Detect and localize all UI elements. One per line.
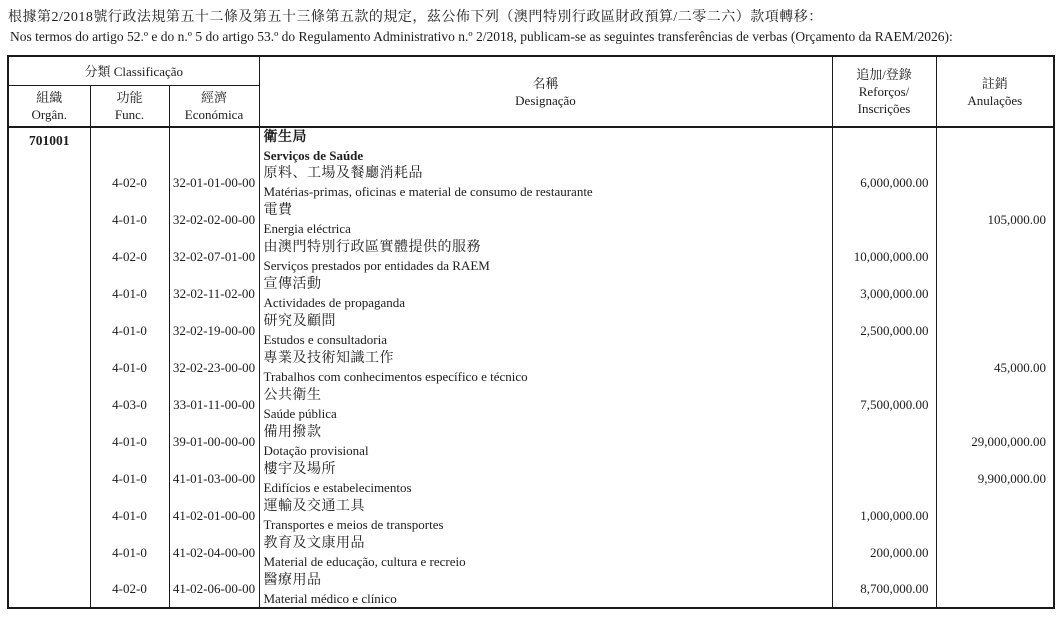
reforcos-amount: 8,700,000.00 (832, 571, 936, 608)
designation-cell: 醫療用品Material médico e clínico (259, 571, 832, 608)
header-org-zh: 組織 (11, 89, 88, 106)
economic-code: 41-02-06-00-00 (169, 571, 259, 608)
economic-code: 32-01-01-00-00 (169, 164, 259, 201)
table-row: 4-02-041-02-06-00-00醫療用品Material médico … (8, 571, 1054, 608)
functional-code: 4-01-0 (90, 423, 169, 460)
economic-code: 32-02-19-00-00 (169, 312, 259, 349)
designation-pt: Energia eléctrica (264, 220, 832, 237)
designation-zh: 由澳門特別行政區實體提供的服務 (264, 239, 832, 257)
designation-pt: Dotação provisional (264, 442, 832, 459)
designation-zh: 備用撥款 (264, 424, 832, 442)
reforcos-amount: 7,500,000.00 (832, 386, 936, 423)
economic-code: 41-02-01-00-00 (169, 497, 259, 534)
designation-zh: 電費 (264, 202, 832, 220)
economic-code: 32-02-11-02-00 (169, 275, 259, 312)
intro-line-portuguese: Nos termos do artigo 52.º e do n.º 5 do … (10, 29, 953, 45)
table-row: 4-02-032-02-07-01-00由澳門特別行政區實體提供的服務Servi… (8, 238, 1054, 275)
economic-code: 32-02-07-01-00 (169, 238, 259, 275)
reforcos-amount (832, 423, 936, 460)
designation-pt: Transportes e meios de transportes (264, 516, 832, 533)
designation-pt: Serviços prestados por entidades da RAEM (264, 257, 832, 274)
functional-code: 4-01-0 (90, 312, 169, 349)
table-row: 4-01-032-02-11-02-00宣傳活動Actividades de p… (8, 275, 1054, 312)
table-row: 4-01-032-02-19-00-00研究及顧問Estudos e consu… (8, 312, 1054, 349)
designation-zh: 醫療用品 (264, 572, 832, 590)
functional-code: 4-02-0 (90, 238, 169, 275)
header-econ-zh: 經濟 (172, 89, 257, 106)
designation-pt: Actividades de propaganda (264, 294, 832, 311)
designation-pt: Material de educação, cultura e recreio (264, 553, 832, 570)
anulacoes-amount: 105,000.00 (936, 201, 1054, 238)
anulacoes-amount (936, 164, 1054, 201)
designation-cell: 研究及顧問Estudos e consultadoria (259, 312, 832, 349)
table-body: 701001 衛生局 Serviços de Saúde 4-02-032-01… (8, 127, 1054, 608)
designation-pt: Material médico e clínico (264, 590, 832, 607)
designation-cell: 由澳門特別行政區實體提供的服務Serviços prestados por en… (259, 238, 832, 275)
anulacoes-amount (936, 386, 1054, 423)
header-org-pt: Orgân. (11, 106, 88, 123)
header-econ: 經濟 Económica (169, 86, 259, 128)
designation-pt: Estudos e consultadoria (264, 331, 832, 348)
table-row: 4-02-032-01-01-00-00原料、工場及餐廳消耗品Matérias-… (8, 164, 1054, 201)
designation-zh: 公共衛生 (264, 387, 832, 405)
designation-zh: 專業及技術知識工作 (264, 350, 832, 368)
reforcos-amount: 1,000,000.00 (832, 497, 936, 534)
designation-cell: 備用撥款Dotação provisional (259, 423, 832, 460)
header-anulacoes-zh: 註銷 (939, 75, 1052, 92)
designation-zh: 樓宇及場所 (264, 461, 832, 479)
anulacoes-amount (936, 238, 1054, 275)
designation-zh: 宣傳活動 (264, 276, 832, 294)
designation-cell: 樓宇及場所Edifícios e estabelecimentos (259, 460, 832, 497)
anulacoes-amount (936, 312, 1054, 349)
intro-line-chinese: 根據第2/2018號行政法規第五十二條及第五十三條第五款的規定，茲公佈下列（澳門… (8, 6, 823, 26)
designation-cell: 電費Energia eléctrica (259, 201, 832, 238)
anulacoes-amount (936, 571, 1054, 608)
economic-code: 32-02-02-00-00 (169, 201, 259, 238)
anulacoes-amount: 29,000,000.00 (936, 423, 1054, 460)
header-reforcos-zh: 追加/登錄 (835, 66, 934, 83)
functional-code: 4-01-0 (90, 275, 169, 312)
anulacoes-amount: 9,900,000.00 (936, 460, 1054, 497)
header-func-pt: Func. (93, 106, 167, 123)
reforcos-amount (832, 349, 936, 386)
economic-code: 41-02-04-00-00 (169, 534, 259, 571)
designation-zh: 運輸及交通工具 (264, 498, 832, 516)
table-row: 4-01-032-02-02-00-00電費Energia eléctrica1… (8, 201, 1054, 238)
table-row: 4-01-041-02-04-00-00教育及文康用品Material de e… (8, 534, 1054, 571)
header-designation-pt: Designação (262, 92, 830, 109)
economic-code: 32-02-23-00-00 (169, 349, 259, 386)
designation-cell: 宣傳活動Actividades de propaganda (259, 275, 832, 312)
table-row: 4-01-041-02-01-00-00運輸及交通工具Transportes e… (8, 497, 1054, 534)
functional-code: 4-01-0 (90, 534, 169, 571)
reforcos-amount (832, 460, 936, 497)
organization-row: 701001 衛生局 Serviços de Saúde (8, 127, 1054, 164)
reforcos-amount: 6,000,000.00 (832, 164, 936, 201)
functional-code: 4-01-0 (90, 460, 169, 497)
functional-code: 4-03-0 (90, 386, 169, 423)
table-row: 4-01-032-02-23-00-00專業及技術知識工作Trabalhos c… (8, 349, 1054, 386)
organization-code: 701001 (8, 127, 90, 164)
designation-pt: Edifícios e estabelecimentos (264, 479, 832, 496)
anulacoes-amount: 45,000.00 (936, 349, 1054, 386)
functional-code: 4-02-0 (90, 164, 169, 201)
designation-cell: 公共衛生Saúde pública (259, 386, 832, 423)
table-row: 4-03-033-01-11-00-00公共衛生Saúde pública7,5… (8, 386, 1054, 423)
designation-pt: Trabalhos com conhecimentos específico e… (264, 368, 832, 385)
designation-pt: Saúde pública (264, 405, 832, 422)
reforcos-amount: 10,000,000.00 (832, 238, 936, 275)
economic-code: 39-01-00-00-00 (169, 423, 259, 460)
header-designation-zh: 名稱 (262, 75, 830, 92)
anulacoes-amount (936, 534, 1054, 571)
header-anulacoes-pt: Anulações (939, 92, 1052, 109)
functional-code: 4-02-0 (90, 571, 169, 608)
header-func-zh: 功能 (93, 89, 167, 106)
header-reforcos-pt2: Inscrições (835, 100, 934, 117)
designation-cell: 專業及技術知識工作Trabalhos com conhecimentos esp… (259, 349, 832, 386)
header-func: 功能 Func. (90, 86, 169, 128)
header-reforcos: 追加/登錄 Reforços/ Inscrições (832, 56, 936, 127)
designation-pt: Matérias-primas, oficinas e material de … (264, 183, 832, 200)
header-reforcos-pt1: Reforços/ (835, 83, 934, 100)
table-row: 4-01-039-01-00-00-00備用撥款Dotação provisio… (8, 423, 1054, 460)
header-anulacoes: 註銷 Anulações (936, 56, 1054, 127)
header-designation: 名稱 Designação (259, 56, 832, 127)
designation-zh: 研究及顧問 (264, 313, 832, 331)
table-header: 分類 Classificação 名稱 Designação 追加/登錄 Ref… (8, 56, 1054, 127)
economic-code: 41-01-03-00-00 (169, 460, 259, 497)
reforcos-amount: 200,000.00 (832, 534, 936, 571)
header-classification: 分類 Classificação (8, 56, 259, 86)
budget-transfer-table: 分類 Classificação 名稱 Designação 追加/登錄 Ref… (7, 55, 1055, 609)
reforcos-amount: 2,500,000.00 (832, 312, 936, 349)
reforcos-amount (832, 201, 936, 238)
header-org: 組織 Orgân. (8, 86, 90, 128)
designation-cell: 原料、工場及餐廳消耗品Matérias-primas, oficinas e m… (259, 164, 832, 201)
functional-code: 4-01-0 (90, 497, 169, 534)
designation-cell: 教育及文康用品Material de educação, cultura e r… (259, 534, 832, 571)
anulacoes-amount (936, 497, 1054, 534)
designation-cell: 運輸及交通工具Transportes e meios de transporte… (259, 497, 832, 534)
designation-zh: 教育及文康用品 (264, 535, 832, 553)
functional-code: 4-01-0 (90, 201, 169, 238)
organization-name-pt: Serviços de Saúde (264, 147, 832, 164)
organization-name-zh: 衛生局 (264, 129, 832, 147)
functional-code: 4-01-0 (90, 349, 169, 386)
economic-code: 33-01-11-00-00 (169, 386, 259, 423)
table-row: 4-01-041-01-03-00-00樓宇及場所Edifícios e est… (8, 460, 1054, 497)
designation-zh: 原料、工場及餐廳消耗品 (264, 165, 832, 183)
header-econ-pt: Económica (172, 106, 257, 123)
reforcos-amount: 3,000,000.00 (832, 275, 936, 312)
anulacoes-amount (936, 275, 1054, 312)
organization-name: 衛生局 Serviços de Saúde (259, 127, 832, 164)
